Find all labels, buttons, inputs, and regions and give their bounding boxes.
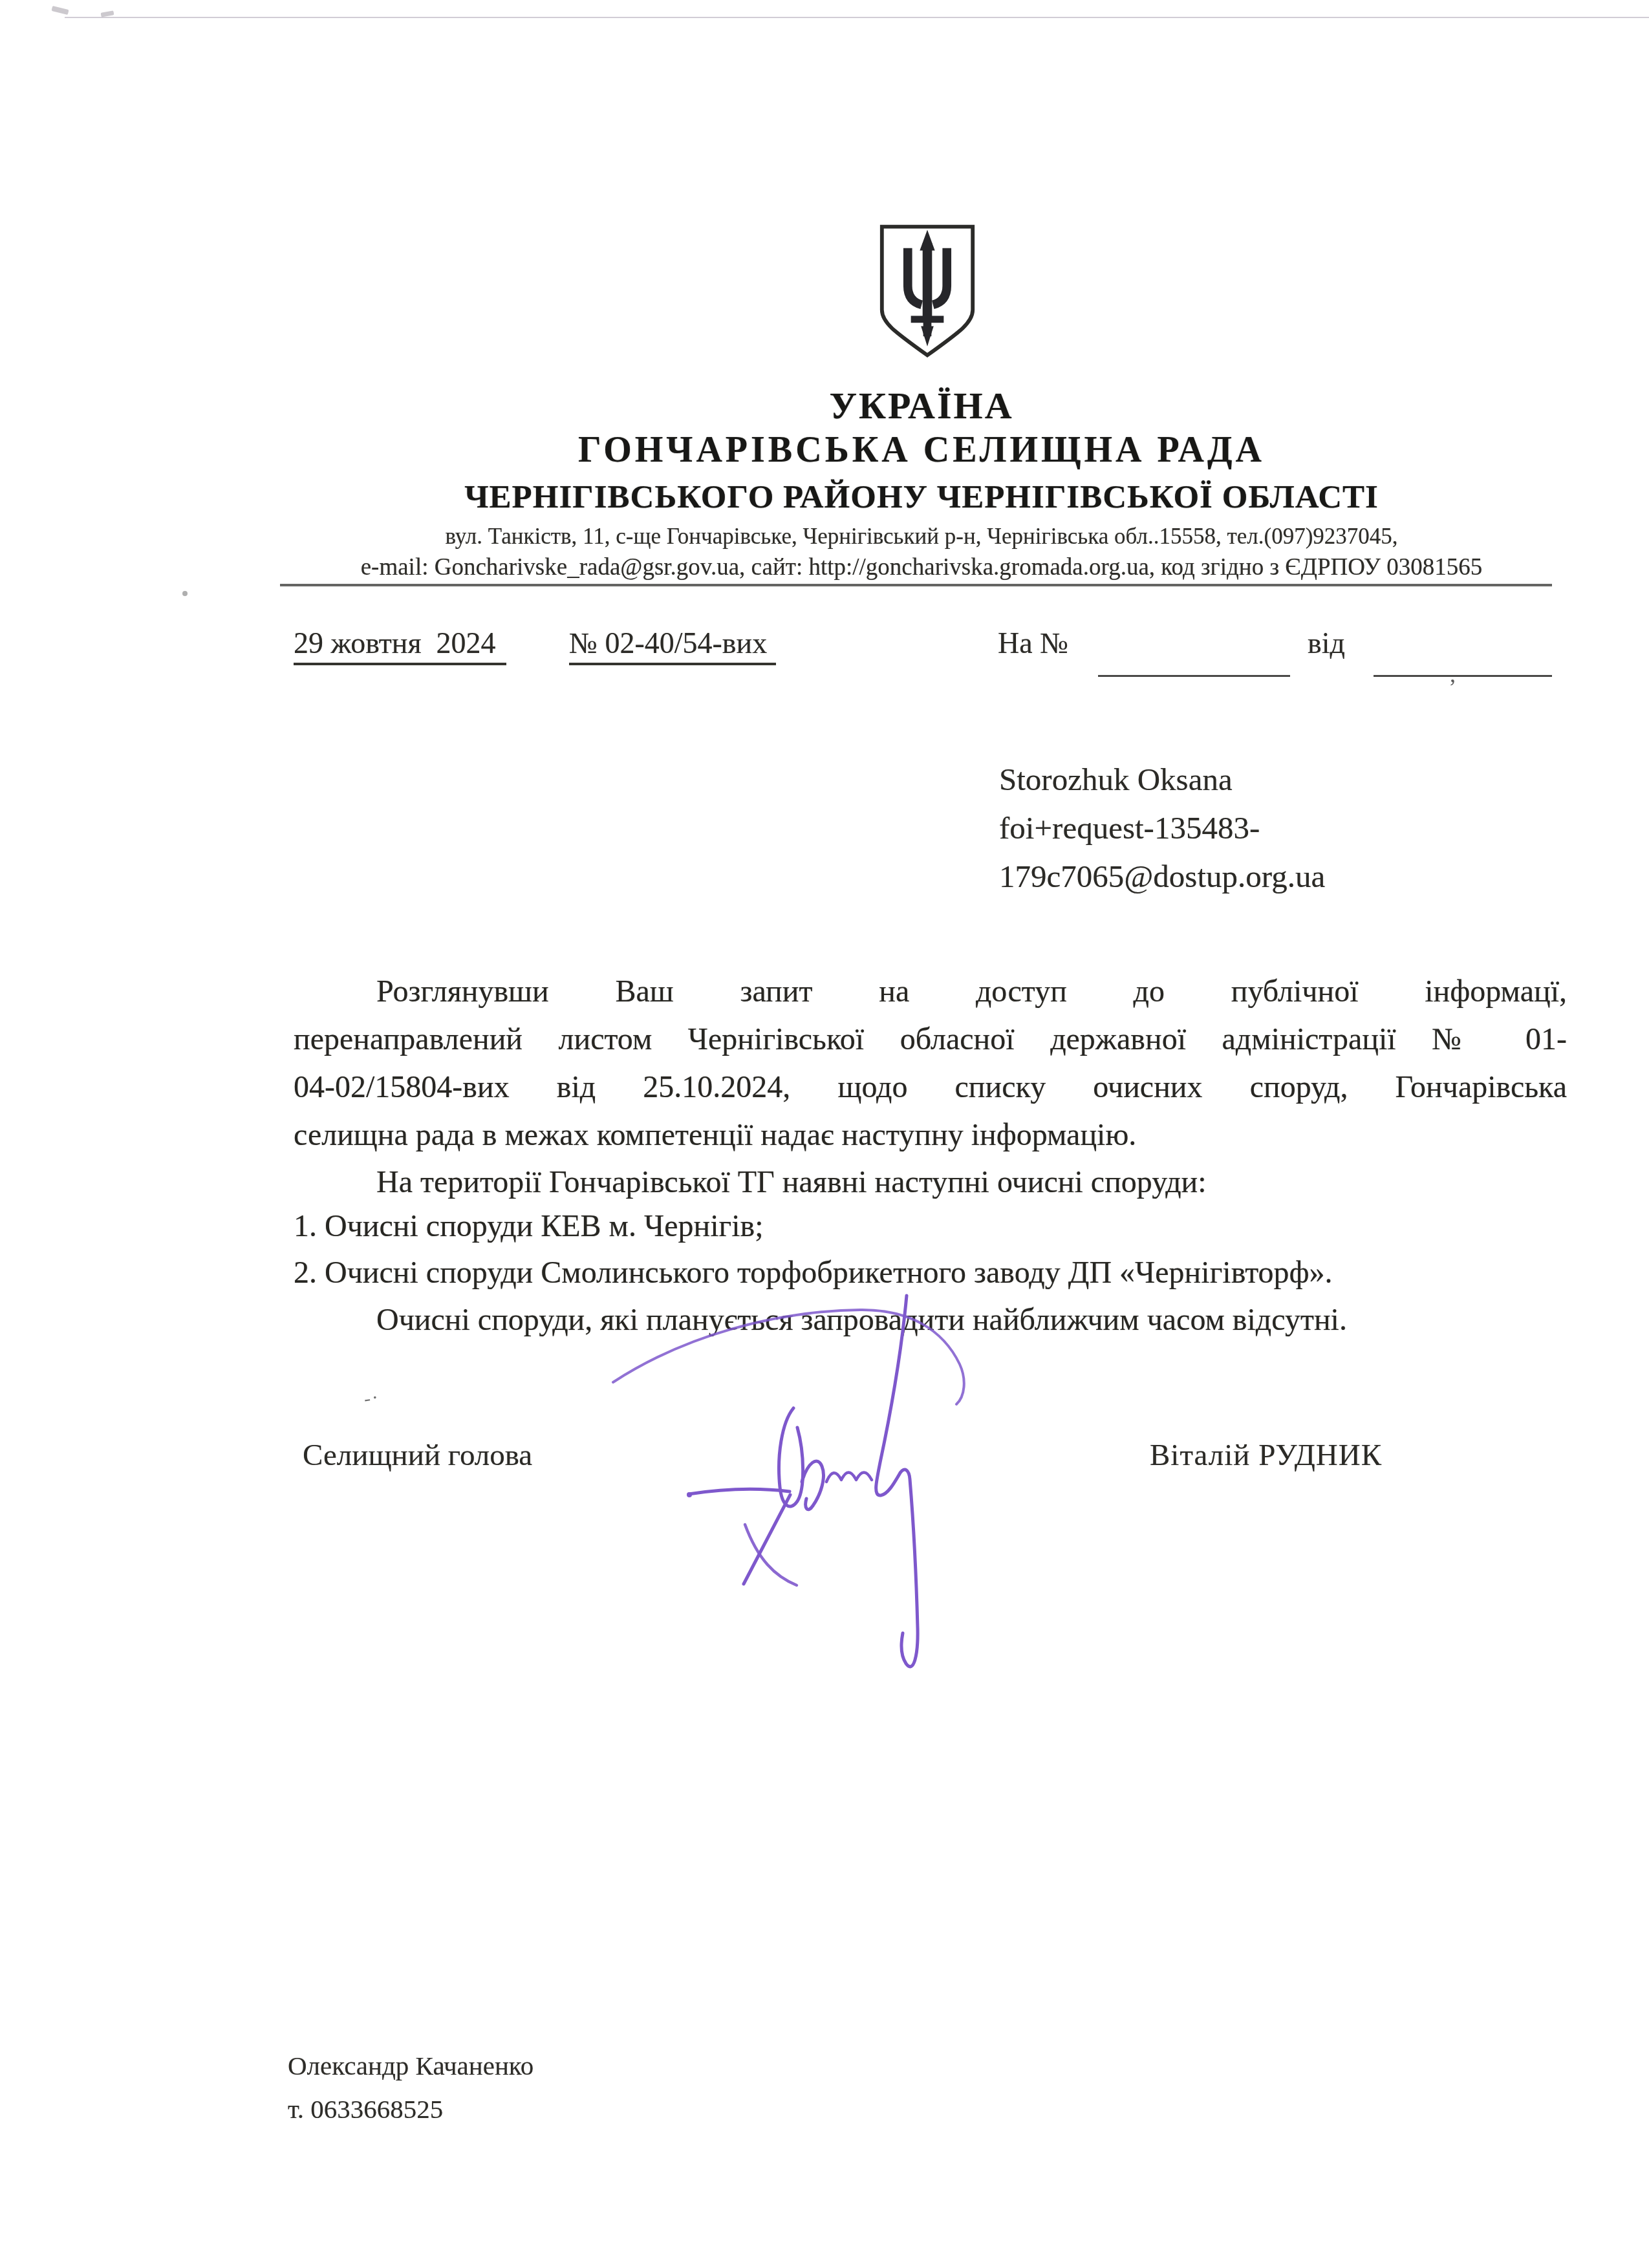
body-line: перенаправлений листом Чернігівської обл… <box>294 1022 1567 1057</box>
scanned-letter-page: , -· УКРАЇНА ГОНЧАРІВСЬКА СЕЛИЩНА РАДА Ч… <box>0 0 1649 2268</box>
body-line: селищна рада в межах компетенції надає н… <box>294 1117 1567 1153</box>
incoming-number-label: На № <box>998 626 1068 660</box>
body-list-item: 1. Очисні споруди КЕВ м. Чернігів; <box>294 1208 1567 1244</box>
outgoing-number: № 02-40/54-вих <box>569 626 776 665</box>
executor-block: Олександр Качаненко т. 0633668525 <box>288 2044 533 2131</box>
letterhead-org-name: ГОНЧАРІВСЬКА СЕЛИЩНА РАДА <box>226 429 1617 471</box>
recipient-name: Storozhuk Oksana <box>999 755 1325 804</box>
scan-speck <box>51 6 69 15</box>
letterhead-org-region: ЧЕРНІГІВСЬКОГО РАЙОНУ ЧЕРНІГІВСЬКОЇ ОБЛА… <box>226 478 1617 516</box>
incoming-number-blank <box>1098 627 1290 677</box>
scan-edge-hairline <box>65 17 1649 18</box>
scan-speck <box>182 591 188 596</box>
executor-name: Олександр Качаненко <box>288 2044 533 2088</box>
recipient-email-part2: 179c7065@dostup.org.ua <box>999 852 1325 901</box>
letterhead-address: вул. Танкіств, 11, с-ще Гончарівське, Че… <box>226 524 1617 550</box>
scan-speck: -· <box>363 1386 381 1410</box>
body-line: Розглянувши Ваш запит на доступ до публі… <box>294 974 1567 1009</box>
ukraine-trident-emblem <box>877 219 978 363</box>
handwritten-signature <box>582 1267 1009 1707</box>
executor-phone: т. 0633668525 <box>288 2088 533 2131</box>
recipient-email-part1: foi+request-135483- <box>999 804 1325 852</box>
signer-position-title: Селищний голова <box>303 1438 532 1473</box>
body-line: На території Гончарівської ТГ наявні нас… <box>294 1164 1649 1200</box>
letterhead-divider <box>280 584 1552 586</box>
body-line: 04-02/15804-вих від 25.10.2024, щодо спи… <box>294 1069 1567 1105</box>
signer-name: Віталій РУДНИК <box>1150 1438 1382 1473</box>
incoming-date-blank <box>1374 627 1552 677</box>
outgoing-date: 29 жовтня 2024 <box>294 626 506 665</box>
letterhead-contacts: e-mail: Goncharivske_rada@gsr.gov.ua, са… <box>226 553 1617 581</box>
recipient-block: Storozhuk Oksana foi+request-135483- 179… <box>999 755 1325 901</box>
letterhead-country: УКРАЇНА <box>226 384 1617 427</box>
incoming-from-label: від <box>1308 626 1345 660</box>
